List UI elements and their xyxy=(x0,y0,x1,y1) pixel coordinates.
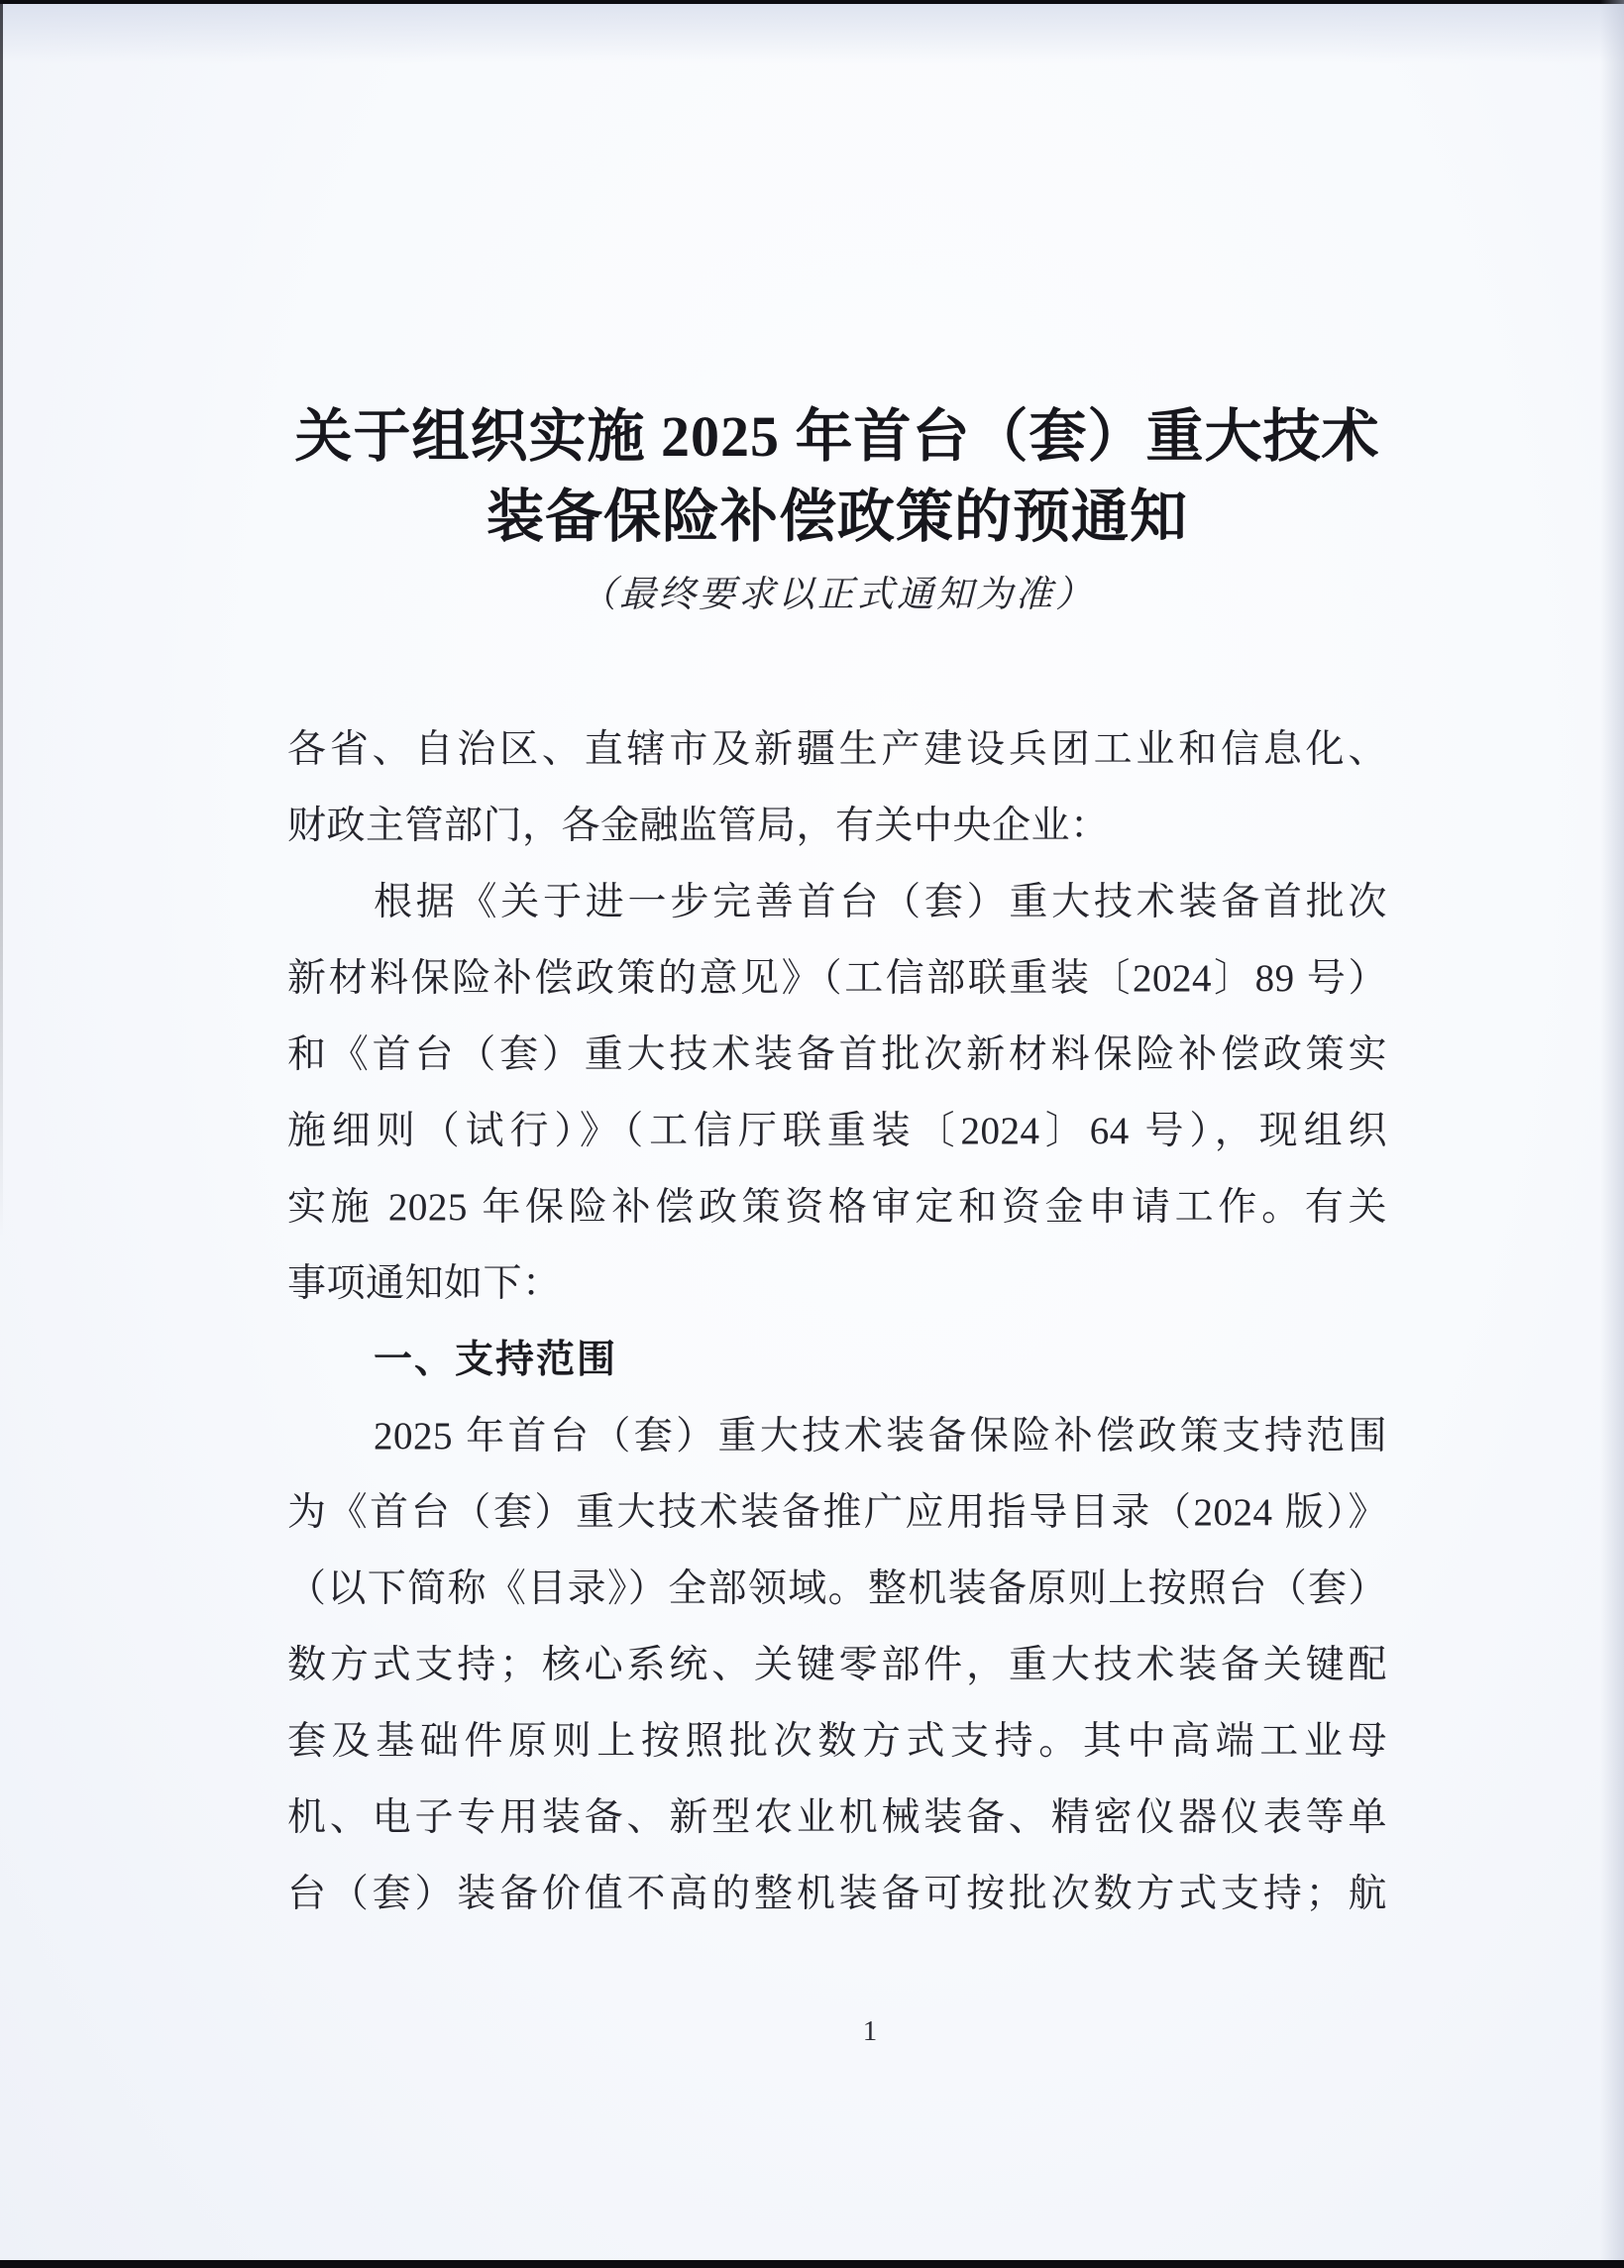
body-line: 实施 2025 年保险补偿政策资格审定和资金申请工作。有关 xyxy=(287,1169,1387,1245)
body-line: 财政主管部门，各金融监管局，有关中央企业： xyxy=(287,788,1387,864)
scan-top-shading xyxy=(0,4,1624,63)
body-line: 为《首台（套）重大技术装备推广应用指导目录（2024 版）》 xyxy=(287,1474,1387,1551)
body-line: 数方式支持；核心系统、关键零部件，重大技术装备关键配 xyxy=(287,1627,1387,1703)
body-line: 和《首台（套）重大技术装备首批次新材料保险补偿政策实 xyxy=(287,1017,1387,1093)
title-line-2: 装备保险补偿政策的预通知 xyxy=(287,477,1387,557)
document-title: 关于组织实施 2025 年首台（套）重大技术 装备保险补偿政策的预通知 xyxy=(287,396,1387,557)
body-line: 套及基础件原则上按照批次数方式支持。其中高端工业母 xyxy=(287,1703,1387,1780)
body-line: 2025 年首台（套）重大技术装备保险补偿政策支持范围 xyxy=(287,1398,1387,1474)
scan-edge-bottom xyxy=(0,2260,1624,2268)
body-line: 新材料保险补偿政策的意见》（工信部联重装〔2024〕89 号） xyxy=(287,940,1387,1017)
title-line-1: 关于组织实施 2025 年首台（套）重大技术 xyxy=(287,396,1387,477)
scan-edge-left xyxy=(0,0,3,1239)
document-subtitle: （最终要求以正式通知为准） xyxy=(287,573,1387,618)
body-line: 台（套）装备价值不高的整机装备可按批次数方式支持；航 xyxy=(287,1856,1387,1932)
body-line: 各省、自治区、直辖市及新疆生产建设兵团工业和信息化、 xyxy=(287,711,1387,788)
body-line: 施细则（试行）》（工信厅联重装〔2024〕64 号），现组织 xyxy=(287,1093,1387,1169)
page-right-shade xyxy=(1600,0,1624,2268)
page-number: 1 xyxy=(320,2011,1420,2051)
section-heading: 一、支持范围 xyxy=(287,1322,1387,1398)
body-line: 根据《关于进一步完善首台（套）重大技术装备首批次 xyxy=(287,864,1387,940)
body-line: （以下简称《目录》）全部领域。整机装备原则上按照台（套） xyxy=(287,1551,1387,1627)
scanned-document-page: { "document": { "title_line1": "关于组织实施 2… xyxy=(0,0,1624,2268)
body-line: 事项通知如下： xyxy=(287,1245,1387,1322)
body-text: 各省、自治区、直辖市及新疆生产建设兵团工业和信息化、财政主管部门，各金融监管局，… xyxy=(287,711,1387,1932)
body-line: 机、电子专用装备、新型农业机械装备、精密仪器仪表等单 xyxy=(287,1780,1387,1856)
